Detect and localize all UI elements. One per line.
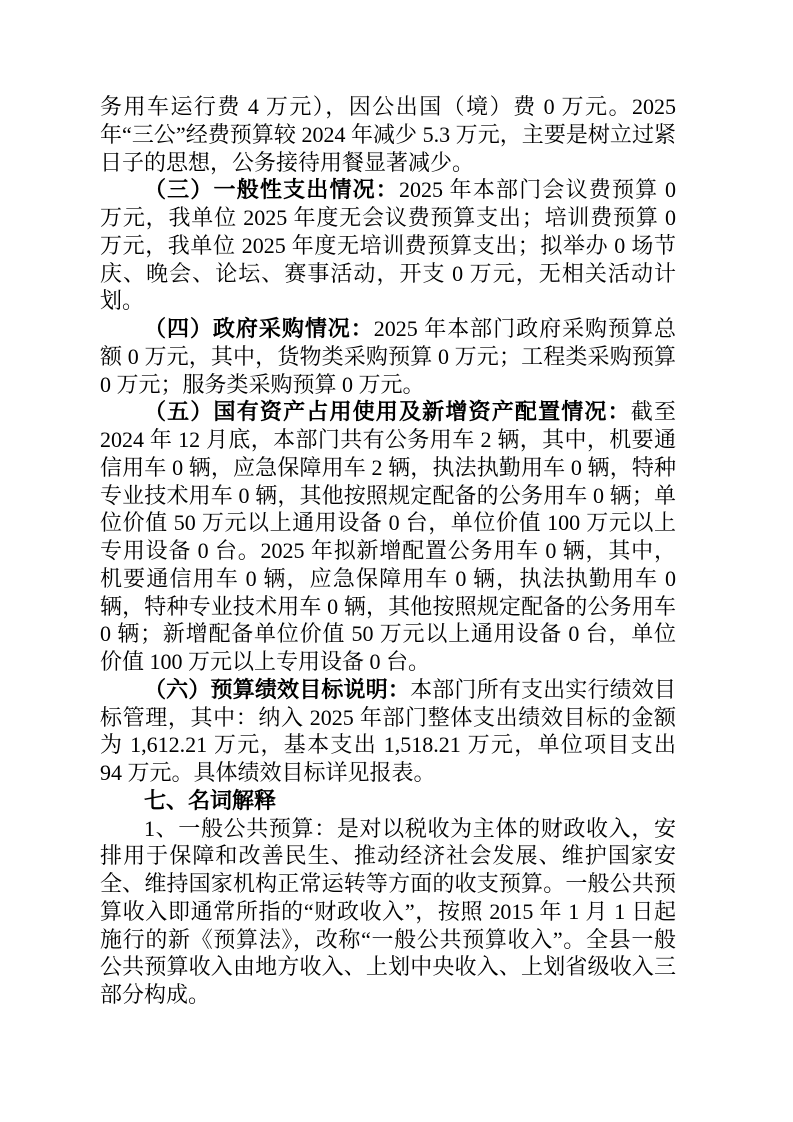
section-text: 截至 2024 年 12 月底，本部门共有公务用车 2 辆，其中，机要通信用车 … (100, 399, 676, 674)
section-text: 1、一般公共预算：是对以税收为主体的财政收入，安排用于保障和改善民生、推动经济社… (100, 816, 676, 1008)
document-page: 务用车运行费 4 万元），因公出国（境）费 0 万元。2025 年“三公”经费预… (0, 0, 793, 1122)
section-title: （三）一般性支出情况： (144, 177, 399, 202)
section-title: （四）政府采购情况： (144, 316, 374, 341)
section-government-procurement: （四）政府采购情况：2025 年本部门政府采购预算总额 0 万元，其中，货物类采… (100, 315, 676, 398)
paragraph-sangong-continuation: 务用车运行费 4 万元），因公出国（境）费 0 万元。2025 年“三公”经费预… (100, 93, 676, 176)
section-text: 务用车运行费 4 万元），因公出国（境）费 0 万元。2025 年“三公”经费预… (100, 94, 676, 175)
section-title: （六）预算绩效目标说明： (144, 677, 410, 702)
section-title: 七、名词解释 (144, 788, 276, 813)
section-general-expenditure: （三）一般性支出情况：2025 年本部门会议费预算 0 万元，我单位 2025 … (100, 176, 676, 315)
paragraph-general-public-budget: 1、一般公共预算：是对以税收为主体的财政收入，安排用于保障和改善民生、推动经济社… (100, 815, 676, 1009)
document-body: 务用车运行费 4 万元），因公出国（境）费 0 万元。2025 年“三公”经费预… (100, 93, 676, 1009)
section-state-assets: （五）国有资产占用使用及新增资产配置情况：截至 2024 年 12 月底，本部门… (100, 398, 676, 676)
heading-glossary: 七、名词解释 (100, 787, 676, 815)
section-budget-performance: （六）预算绩效目标说明：本部门所有支出实行绩效目标管理，其中：纳入 2025 年… (100, 676, 676, 787)
section-title: （五）国有资产占用使用及新增资产配置情况： (144, 399, 631, 424)
